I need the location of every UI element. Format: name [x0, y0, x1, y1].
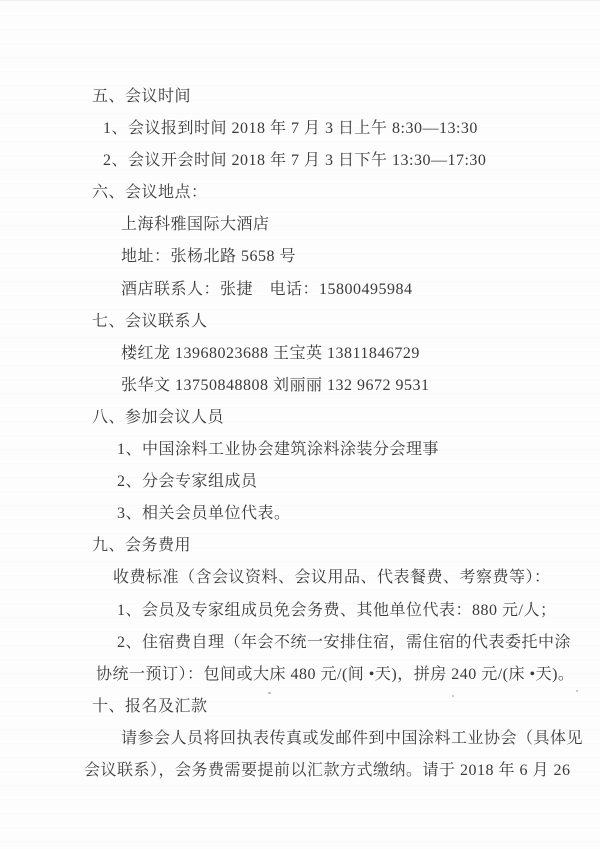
list-item: 2、住宿费自理（年会不统一安排住宿，需住宿的代表委托中涂: [117, 627, 600, 659]
section-heading-6: 六、会议地点：: [92, 177, 600, 209]
list-item: 3、相关会员单位代表。: [117, 498, 600, 530]
list-item: 2、分会专家组成员: [117, 466, 600, 498]
paragraph-line-registration-2: 会议联系），会务费需要提前以汇款方式缴纳。请于 2018 年 6 月 26: [84, 755, 600, 787]
section-heading-7: 七、会议联系人: [92, 306, 600, 338]
section-heading-9: 九、会务费用: [92, 530, 600, 562]
paragraph-line-contacts-1: 楼红龙 13968023688 王宝英 13811846729: [121, 338, 600, 370]
list-item: 1、中国涂料工业协会建筑涂料涂装分会理事: [117, 434, 600, 466]
paragraph-line-hotel-contact: 酒店联系人：张捷 电话：15800495984: [121, 274, 600, 306]
section-heading-10: 十、报名及汇款: [92, 691, 600, 723]
paragraph-line-hotel-name: 上海科雅国际大酒店: [121, 209, 600, 241]
list-item: 1、会员及专家组成员免会务费、其他单位代表：880 元/人；: [117, 595, 600, 627]
scan-speck: [576, 690, 578, 692]
paragraph-line-hotel-address: 地址：张杨北路 5658 号: [121, 241, 600, 273]
section-heading-8: 八、参加会议人员: [92, 402, 600, 434]
paragraph-line-fee-intro: 收费标准（含会议资料、会议用品、代表餐费、考察费等）：: [113, 562, 600, 594]
document-page: 五、会议时间 1、会议报到时间 2018 年 7 月 3 日上午 8:30—13…: [0, 0, 600, 849]
paragraph-line-fee-continuation: 协统一预订）：包间或大床 480 元/(间 •天)，拼房 240 元/(床 •天…: [96, 659, 600, 691]
paragraph-line-registration-1: 请参会人员将回执表传真或发邮件到中国涂料工业协会（具体见: [121, 723, 600, 755]
scan-speck: [268, 692, 271, 694]
list-item: 1、会议报到时间 2018 年 7 月 3 日上午 8:30—13:30: [103, 113, 600, 145]
scan-speck: [452, 695, 454, 697]
paragraph-line-contacts-2: 张华文 13750848808 刘丽丽 132 9672 9531: [121, 370, 600, 402]
section-heading-5: 五、会议时间: [92, 81, 600, 113]
list-item: 2、会议开会时间 2018 年 7 月 3 日下午 13:30—17:30: [103, 145, 600, 177]
